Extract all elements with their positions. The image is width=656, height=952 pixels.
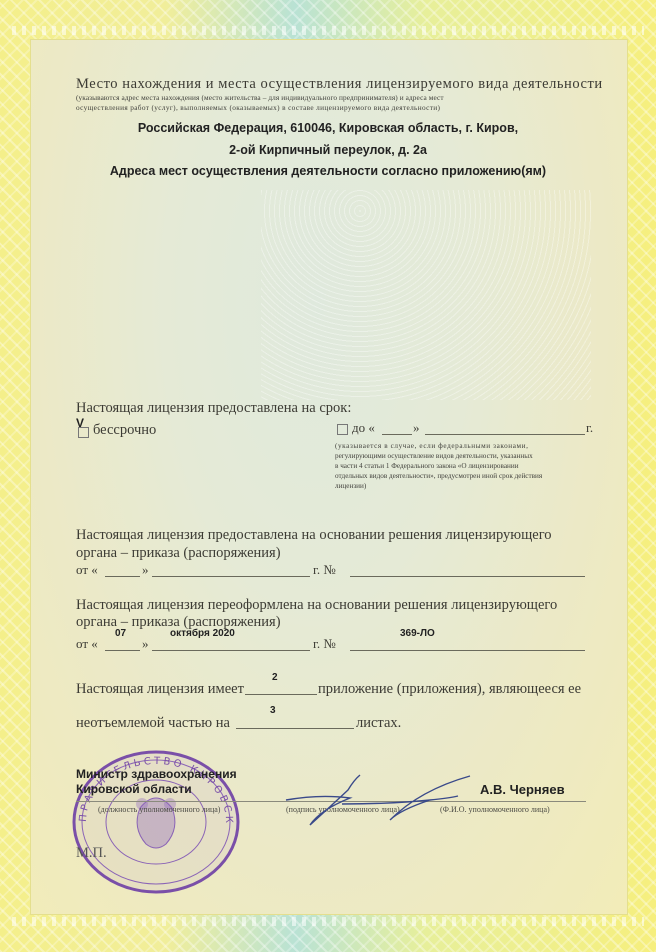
guilloche-pattern [261,190,591,400]
location-note-line2: осуществления работ (услуг), выполняемых… [76,103,440,113]
appendix-line2-before: неотъемлемой частью на [76,715,230,732]
appendix-count-value: 2 [272,672,278,683]
granted-line1: Настоящая лицензия предоставлена на осно… [76,527,552,544]
seal-place-label: М.П. [76,845,107,862]
appendix-sheets-field[interactable] [236,728,354,729]
reissued-month-field[interactable] [152,650,310,651]
signer-position-line2: Кировской области [76,782,192,796]
check-mark-icon: V [76,416,84,430]
handwritten-signature [280,770,480,830]
location-heading: Место нахождения и места осуществления л… [76,76,603,93]
location-note-line1: (указываются адрес места нахождения (мес… [76,93,444,103]
reissued-number-value: 369-ЛО [400,628,435,639]
appendix-line1-after: приложение (приложения), являющееся ее [318,681,581,698]
until-note-line1: (указывается в случае, если федеральными… [335,441,529,451]
reissued-month-year-value: октября 2020 [170,628,235,639]
granted-number-field[interactable] [350,576,585,577]
signer-name: А.В. Черняев [480,782,565,797]
indefinite-label: бессрочно [93,422,156,439]
until-note-line3: в части 4 статьи 1 Федерального закона «… [335,461,519,471]
reissued-from-label: от « [76,636,98,652]
until-note-line4: отдельных видов деятельности», предусмот… [335,471,542,481]
reissued-line1: Настоящая лицензия переоформлена на осно… [76,597,557,614]
granted-from-label: от « [76,562,98,578]
address-line-1: Российская Федерация, 610046, Кировская … [0,121,656,135]
until-note-line5: лицензии) [335,481,366,491]
granted-year-no-label: г. № [313,562,336,578]
until-checkbox[interactable] [337,424,348,435]
address-line-3: Адреса мест осуществления деятельности с… [0,164,656,178]
until-quote-close: » [413,420,420,436]
reissued-quote-close: » [142,636,149,652]
reissued-number-field[interactable] [350,650,585,651]
position-caption: (должность уполномоченного лица) [98,805,220,814]
until-date-field[interactable] [425,434,585,435]
reissued-day-value: 07 [115,628,126,639]
granted-quote-close: » [142,562,149,578]
appendix-count-field[interactable] [245,694,317,695]
until-label: до « [352,420,375,436]
signer-position-line1: Министр здравоохранения [76,767,237,781]
border-ornament-top [12,26,644,35]
until-year-suffix: г. [586,420,593,436]
appendix-sheets-value: 3 [270,705,276,716]
granted-line2: органа – приказа (распоряжения) [76,545,281,562]
reissued-day-field[interactable] [105,650,140,651]
address-line-2: 2-ой Кирпичный переулок, д. 2а [0,143,656,157]
border-ornament-bottom [12,917,644,926]
reissued-year-no-label: г. № [313,636,336,652]
term-heading: Настоящая лицензия предоставлена на срок… [76,400,351,417]
granted-day-field[interactable] [105,576,140,577]
appendix-line1-before: Настоящая лицензия имеет [76,681,244,698]
granted-month-field[interactable] [152,576,310,577]
until-note-line2: регулирующими осуществление видов деятел… [335,451,533,461]
appendix-line2-after: листах. [356,715,401,732]
until-day-field[interactable] [382,434,412,435]
